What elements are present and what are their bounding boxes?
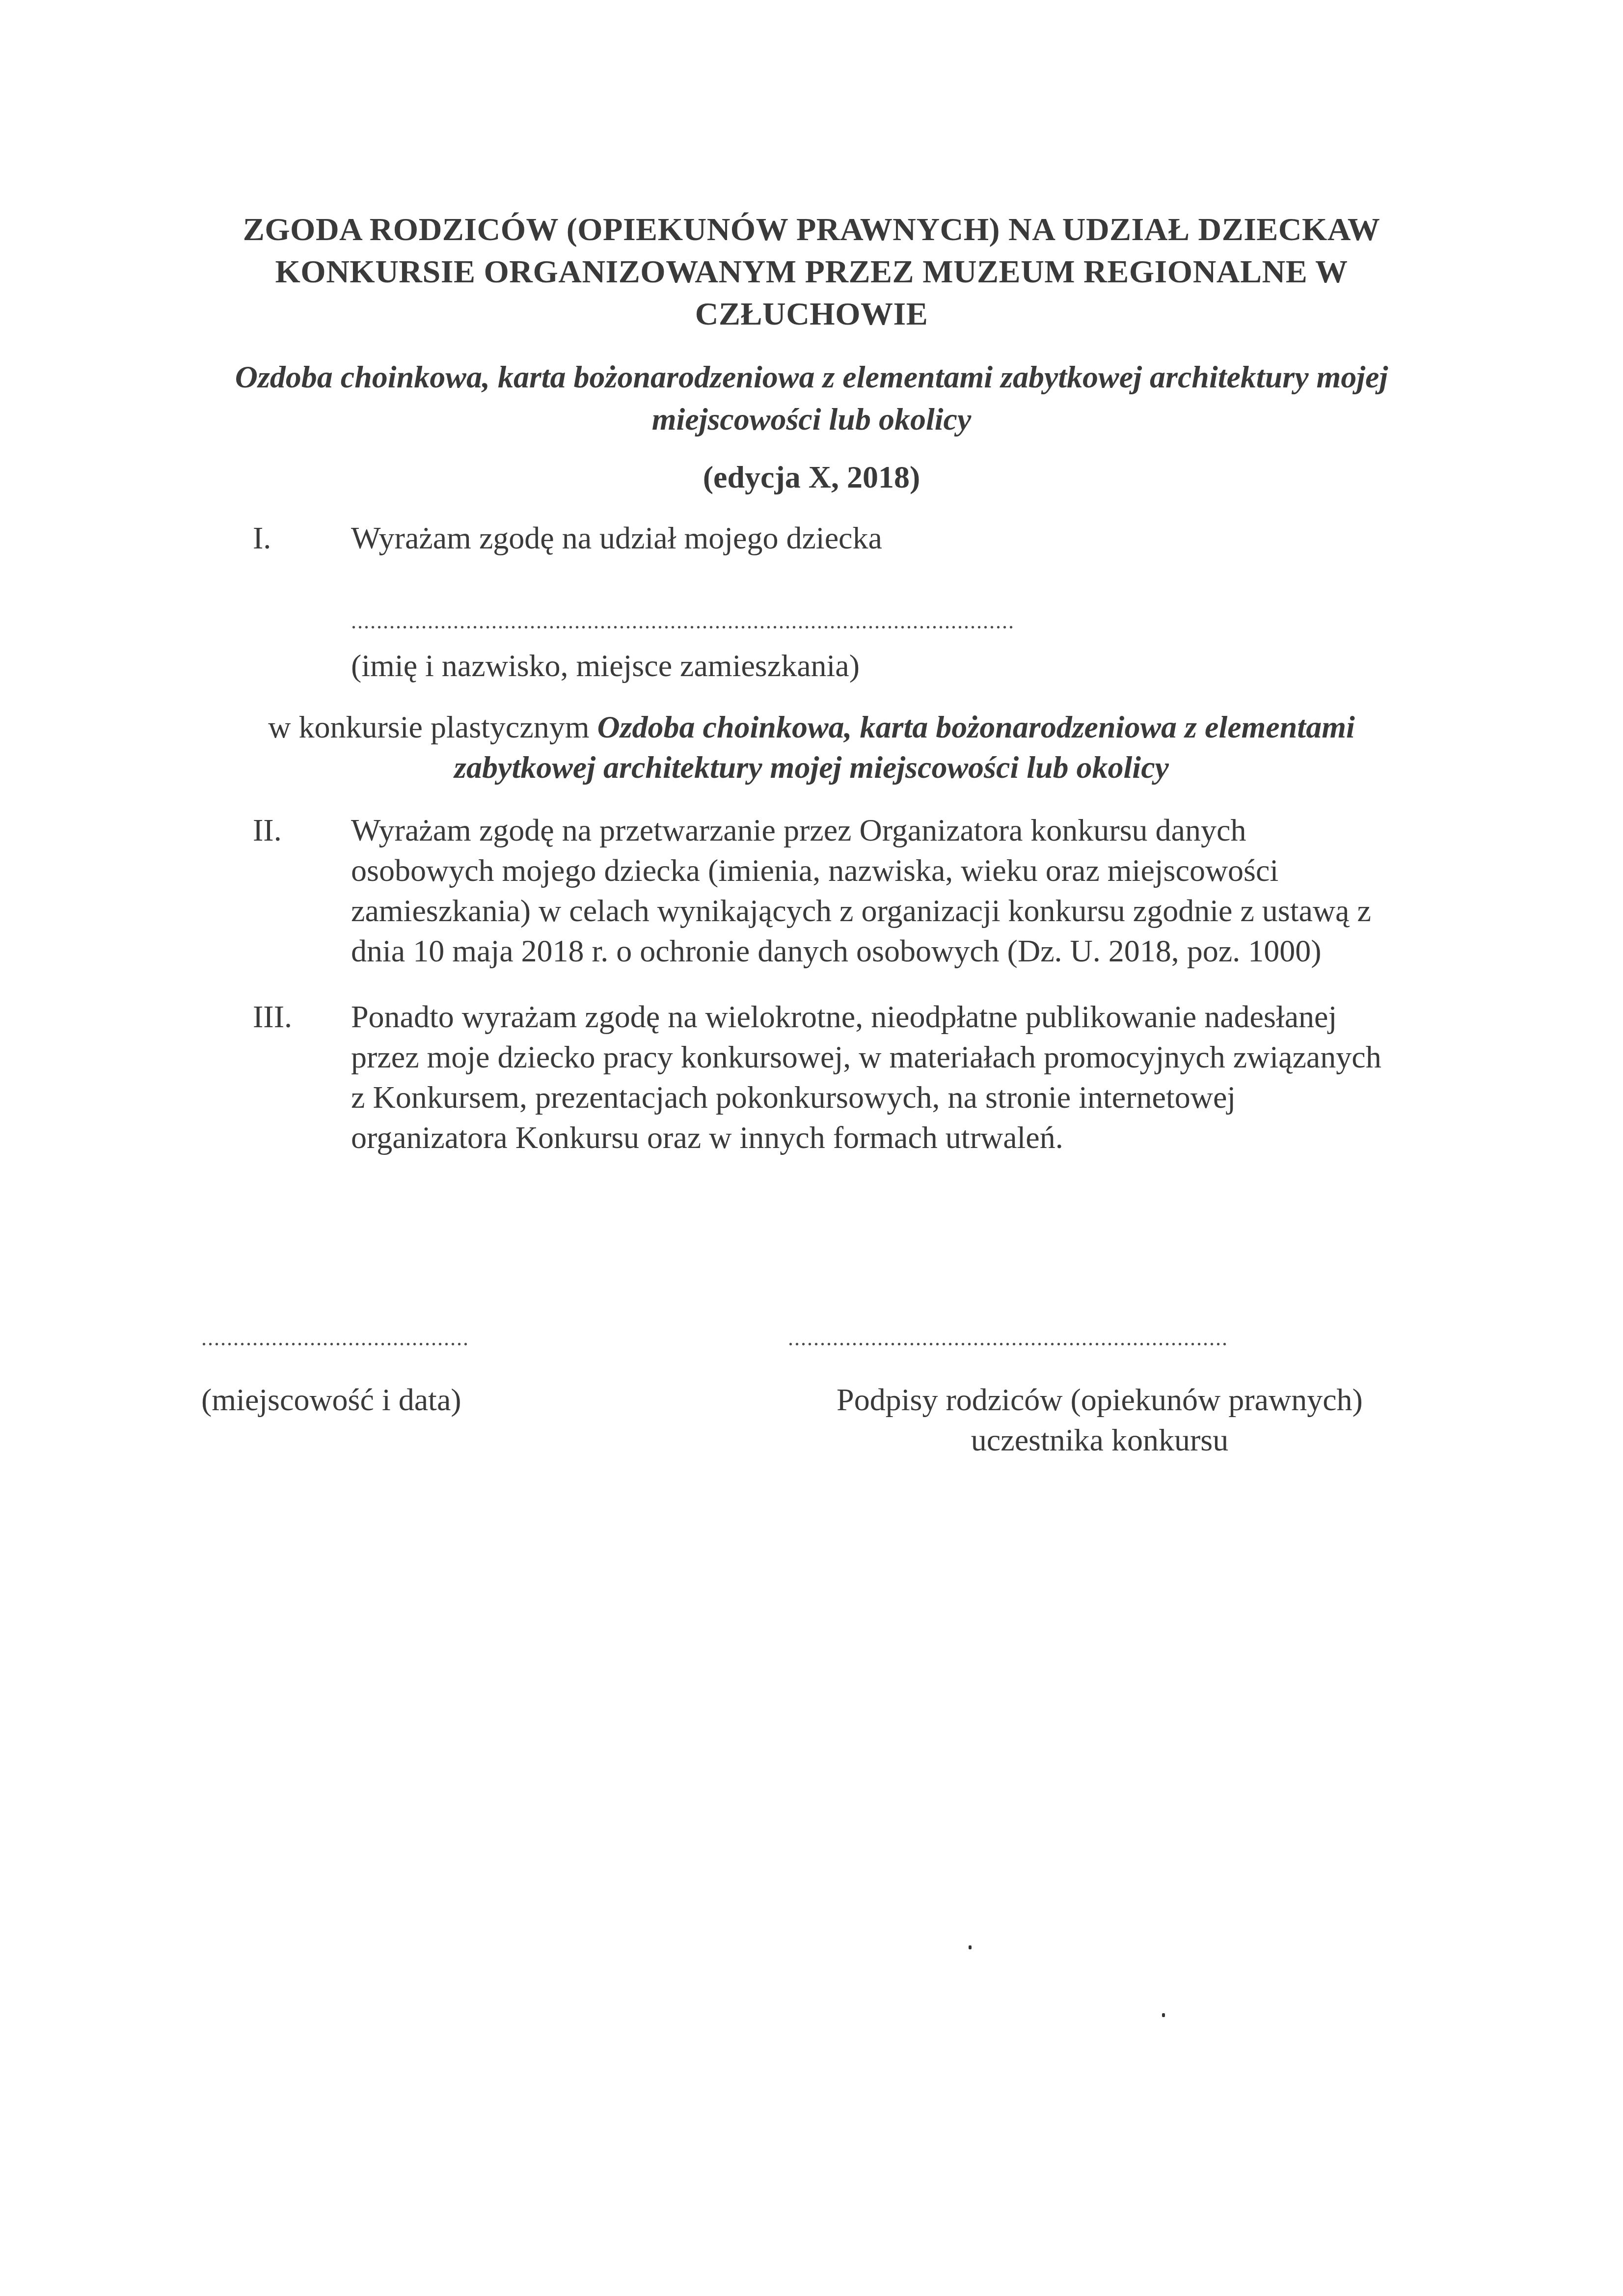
section-3-text: Ponadto wyrażam zgodę na wielokrotne, ni… [351,997,1441,1158]
place-date-fill-line[interactable]: ........................................… [201,1326,560,1351]
section-1-text: Wyrażam zgodę na udział mojego dziecka [351,518,1441,558]
signature-caption-line-1: Podpisy rodziców (opiekunów prawnych) [805,1380,1394,1420]
scan-speck [969,1945,972,1949]
section-2-text: Wyrażam zgodę na przetwarzanie przez Org… [351,810,1441,971]
document-title: ZGODA RODZICÓW (OPIEKUNÓW PRAWNYCH) NA U… [0,209,1623,335]
place-date-caption: (miejscowość i data) [201,1380,461,1420]
subtitle-line-2: miejscowości lub okolicy [0,398,1623,440]
contest-name-part-2: zabytkowej architektury mojej miejscowoś… [454,750,1169,785]
section-3-line: przez moje dziecko pracy konkursowej, w … [351,1037,1441,1077]
contest-statement: w konkursie plastycznym Ozdoba choinkowa… [0,707,1623,788]
subtitle-line-1: Ozdoba choinkowa, karta bożonarodzeniowa… [0,356,1623,398]
section-1-number: I. [253,518,271,558]
section-2-line: zamieszkania) w celach wynikających z or… [351,891,1441,931]
section-2-number: II. [253,810,282,850]
edition-label: (edycja X, 2018) [0,459,1623,495]
parent-signature-caption: Podpisy rodziców (opiekunów prawnych) uc… [805,1380,1394,1460]
scan-speck [1162,2013,1165,2017]
contest-name-part-1: Ozdoba choinkowa, karta bożonarodzeniowa… [597,710,1354,744]
section-3-line: organizatora Konkursu oraz w innych form… [351,1118,1441,1158]
contest-prefix: w konkursie plastycznym [268,710,597,744]
section-2-line: osobowych mojego dziecka (imienia, nazwi… [351,850,1441,891]
section-3-line: z Konkursem, prezentacjach pokonkursowyc… [351,1077,1441,1118]
signature-caption-line-2: uczestnika konkursu [805,1420,1394,1460]
contest-statement-line-1: w konkursie plastycznym Ozdoba choinkowa… [0,707,1623,747]
title-line-2: KONKURSIE ORGANIZOWANYM PRZEZ MUZEUM REG… [0,251,1623,293]
contest-statement-line-2: zabytkowej architektury mojej miejscowoś… [0,747,1623,788]
document-subtitle: Ozdoba choinkowa, karta bożonarodzeniowa… [0,356,1623,440]
section-3-line: Ponadto wyrażam zgodę na wielokrotne, ni… [351,997,1441,1037]
title-line-1: ZGODA RODZICÓW (OPIEKUNÓW PRAWNYCH) NA U… [0,209,1623,251]
section-2-line: dnia 10 maja 2018 r. o ochronie danych o… [351,931,1441,971]
child-name-fill-line[interactable]: ........................................… [351,609,1176,634]
child-name-caption: (imię i nazwisko, miejsce zamieszkania) [351,646,1441,686]
parent-signature-fill-line[interactable]: ........................................… [788,1326,1348,1351]
section-3-number: III. [253,997,292,1037]
title-line-3: CZŁUCHOWIE [0,293,1623,335]
section-2-line: Wyrażam zgodę na przetwarzanie przez Org… [351,810,1441,850]
